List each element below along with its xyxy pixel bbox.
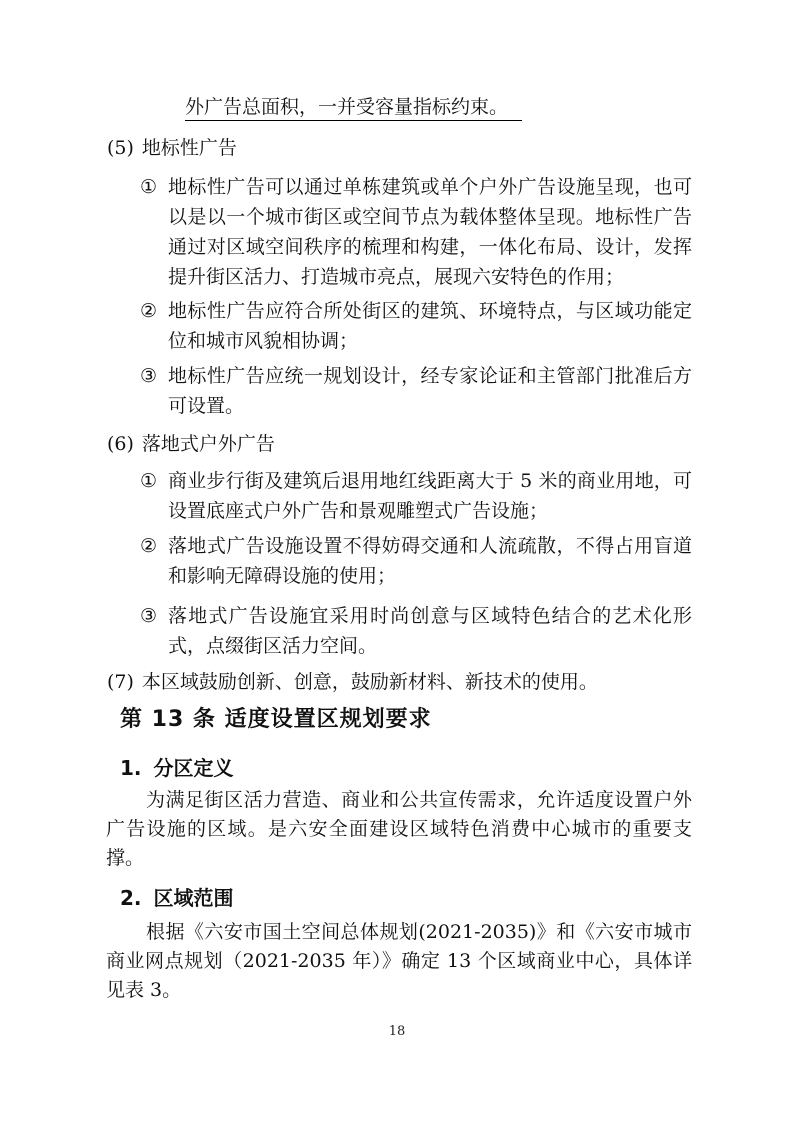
item-6-heading: (6)落地式户外广告 [107,429,692,459]
circled-number: ② [140,296,168,356]
underlined-text: 外广告总面积，一并受容量指标约束。 [185,96,522,121]
list-item: ③ 地标性广告应统一规划设计，经专家论证和主管部门批准后方可设置。 [140,361,692,421]
page-number: 18 [0,1022,794,1042]
circled-number: ③ [140,361,168,421]
item-7-line: (7)本区域鼓励创新、创意，鼓励新材料、新技术的使用。 [107,667,692,697]
item-6-label: (6) [107,433,134,455]
list-item: ③ 落地式广告设施宜采用时尚创意与区域特色结合的艺术化形式，点缀街区活力空间。 [140,601,692,661]
list-item-text: 落地式广告设施宜采用时尚创意与区域特色结合的艺术化形式，点缀街区活力空间。 [168,601,692,661]
item-7-label: (7) [107,671,134,693]
list-item-text: 落地式广告设施设置不得妨碍交通和人流疏散，不得占用盲道和影响无障碍设施的使用； [168,531,692,591]
item-5-label: (5) [107,137,134,159]
section-2-paragraph: 根据《六安市国土空间总体规划(2021-2035)》和《六安市城市商业网点规划（… [106,918,692,1005]
section-1-heading: 1.分区定义 [120,752,692,784]
section-2-title: 区域范围 [154,886,234,910]
section-2-number: 2. [120,886,142,910]
list-item: ① 地标性广告可以通过单栋建筑或单个户外广告设施呈现，也可以是以一个城市街区或空… [140,172,692,292]
item-7-text: 本区域鼓励创新、创意，鼓励新材料、新技术的使用。 [142,671,598,693]
section-2-heading: 2.区域范围 [120,882,692,914]
list-item-text: 商业步行街及建筑后退用地红线距离大于 5 米的商业用地，可设置底座式户外广告和景… [168,466,692,526]
article-13-heading: 第 13 条 适度设置区规划要求 [120,703,692,737]
section-1-paragraph: 为满足街区活力营造、商业和公共宣传需求，允许适度设置户外广告设施的区域。是六安全… [106,786,692,873]
list-item: ① 商业步行街及建筑后退用地红线距离大于 5 米的商业用地，可设置底座式户外广告… [140,466,692,526]
circled-number: ② [140,531,168,591]
item-5-heading: (5)地标性广告 [107,133,692,163]
list-item: ② 落地式广告设施设置不得妨碍交通和人流疏散，不得占用盲道和影响无障碍设施的使用… [140,531,692,591]
circled-number: ① [140,466,168,526]
list-item-text: 地标性广告应统一规划设计，经专家论证和主管部门批准后方可设置。 [168,361,692,421]
document-page: 外广告总面积，一并受容量指标约束。 (5)地标性广告 ① 地标性广告可以通过单栋… [0,0,794,1122]
page-content: 外广告总面积，一并受容量指标约束。 (5)地标性广告 ① 地标性广告可以通过单栋… [106,92,692,1005]
item-6-title: 落地式户外广告 [142,433,275,455]
section-1-number: 1. [120,756,142,780]
list-item-text: 地标性广告可以通过单栋建筑或单个户外广告设施呈现，也可以是以一个城市街区或空间节… [168,172,692,292]
item-5-title: 地标性广告 [142,137,237,159]
list-item: ② 地标性广告应符合所处街区的建筑、环境特点，与区域功能定位和城市风貌相协调； [140,296,692,356]
list-item-text: 地标性广告应符合所处街区的建筑、环境特点，与区域功能定位和城市风貌相协调； [168,296,692,356]
section-1-title: 分区定义 [154,756,234,780]
circled-number: ③ [140,601,168,661]
carryover-line: 外广告总面积，一并受容量指标约束。 [185,92,692,122]
circled-number: ① [140,172,168,292]
